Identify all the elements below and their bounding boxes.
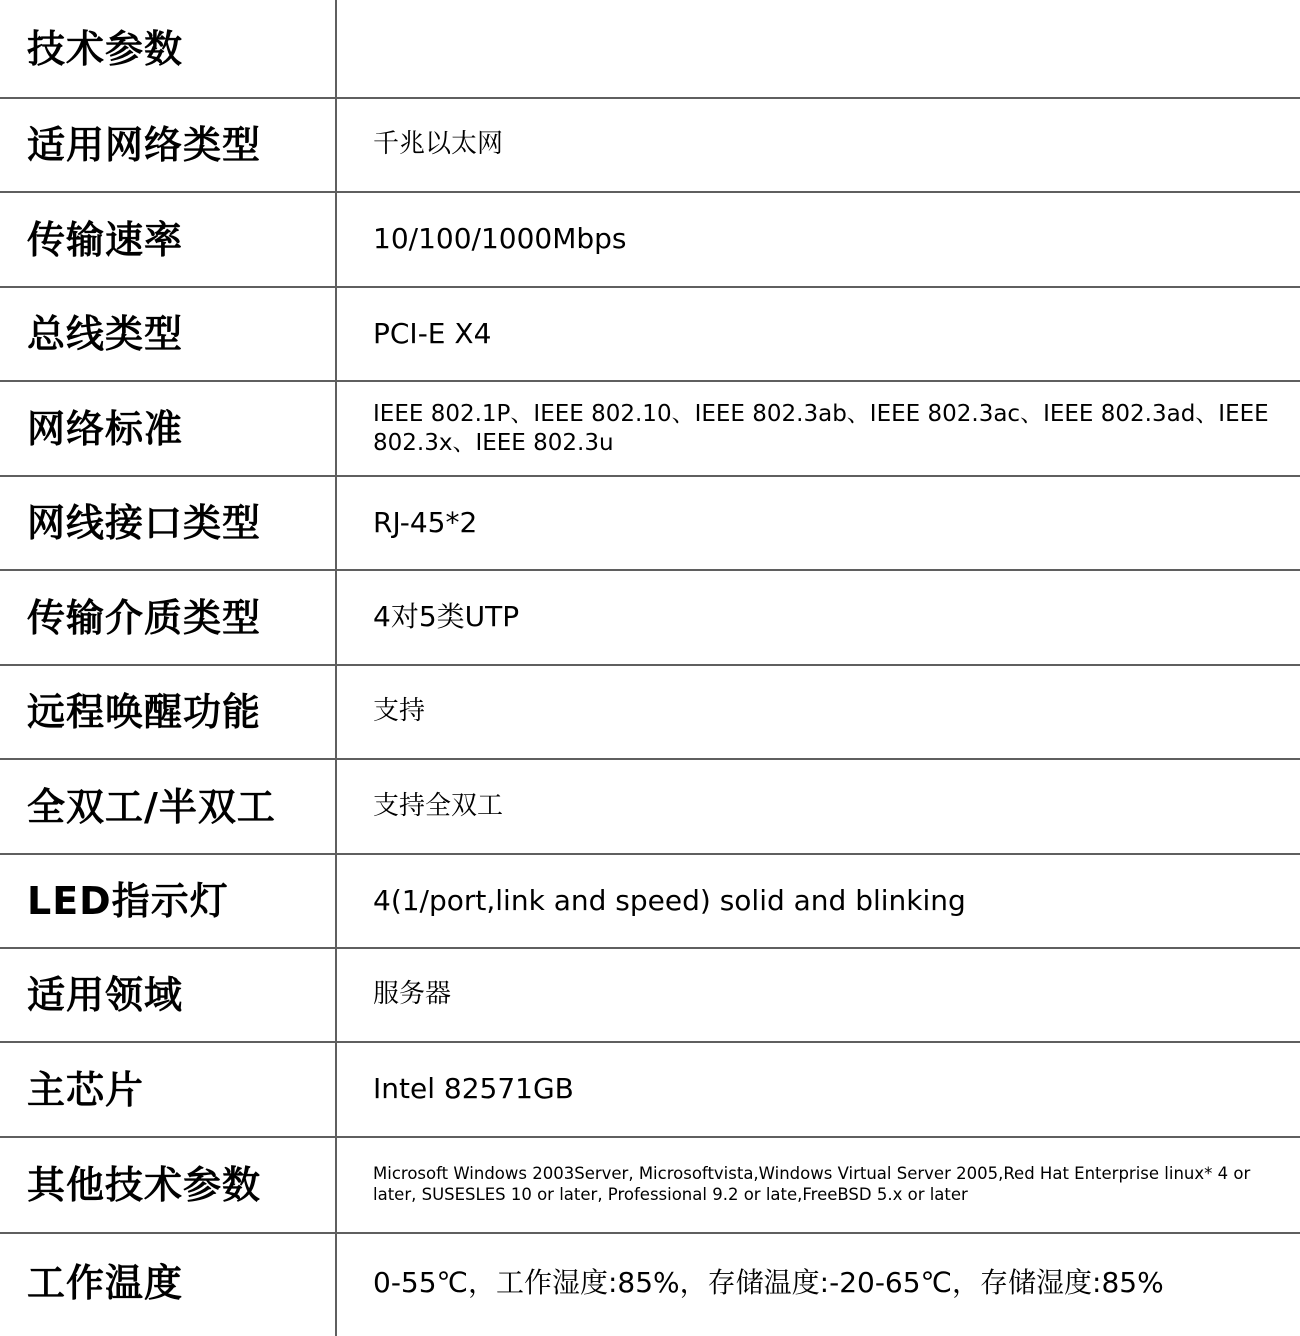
row-value: 支持 bbox=[373, 697, 425, 727]
table-row: 远程唤醒功能 支持 bbox=[0, 666, 1300, 758]
row-value: Intel 82571GB bbox=[373, 1073, 574, 1105]
table-row: 工作温度 0-55℃，工作湿度:85%，存储温度:-20-65℃，存储湿度:85… bbox=[0, 1234, 1300, 1332]
row-value-cell: Microsoft Windows 2003Server, Microsoftv… bbox=[337, 1138, 1300, 1232]
row-label: 网络标准 bbox=[27, 410, 183, 448]
row-value: Microsoft Windows 2003Server, Microsoftv… bbox=[373, 1164, 1286, 1205]
row-value-cell: 支持全双工 bbox=[337, 760, 1300, 853]
row-value-cell: 服务器 bbox=[337, 949, 1300, 1041]
row-value: IEEE 802.1P、IEEE 802.10、IEEE 802.3ab、IEE… bbox=[373, 400, 1286, 458]
row-value-cell: IEEE 802.1P、IEEE 802.10、IEEE 802.3ab、IEE… bbox=[337, 382, 1300, 475]
row-value-cell: 支持 bbox=[337, 666, 1300, 758]
table-row: 总线类型 PCI-E X4 bbox=[0, 288, 1300, 380]
row-value: 0-55℃，工作湿度:85%，存储温度:-20-65℃，存储湿度:85% bbox=[373, 1267, 1164, 1299]
row-label-cell: 适用领域 bbox=[0, 949, 335, 1041]
row-value: 4(1/port,link and speed) solid and blink… bbox=[373, 885, 966, 917]
header-label-cell: 技术参数 bbox=[0, 0, 335, 97]
row-label: 适用网络类型 bbox=[27, 126, 261, 164]
header-value-cell bbox=[337, 0, 1300, 97]
row-label-cell: 其他技术参数 bbox=[0, 1138, 335, 1232]
row-value: 服务器 bbox=[373, 980, 451, 1010]
row-label-cell: 传输介质类型 bbox=[0, 571, 335, 664]
row-value-cell: 10/100/1000Mbps bbox=[337, 193, 1300, 286]
header-label: 技术参数 bbox=[27, 30, 183, 68]
row-label-cell: 传输速率 bbox=[0, 193, 335, 286]
row-label-cell: 工作温度 bbox=[0, 1234, 335, 1332]
row-label: 总线类型 bbox=[27, 315, 183, 353]
row-label: 适用领域 bbox=[27, 976, 183, 1014]
row-label: 全双工/半双工 bbox=[27, 788, 276, 826]
row-value: PCI-E X4 bbox=[373, 318, 491, 350]
row-value-cell: 千兆以太网 bbox=[337, 99, 1300, 191]
row-value-cell: 4对5类UTP bbox=[337, 571, 1300, 664]
table-row: 网络标准 IEEE 802.1P、IEEE 802.10、IEEE 802.3a… bbox=[0, 382, 1300, 475]
row-value: 支持全双工 bbox=[373, 792, 503, 822]
row-label: 远程唤醒功能 bbox=[27, 693, 261, 731]
table-row: 全双工/半双工 支持全双工 bbox=[0, 760, 1300, 853]
row-value-cell: RJ-45*2 bbox=[337, 477, 1300, 569]
row-label-cell: 网线接口类型 bbox=[0, 477, 335, 569]
table-row: 传输速率 10/100/1000Mbps bbox=[0, 193, 1300, 286]
row-label: 网线接口类型 bbox=[27, 504, 261, 542]
row-value-cell: PCI-E X4 bbox=[337, 288, 1300, 380]
row-label: LED指示灯 bbox=[27, 882, 229, 920]
row-value: 10/100/1000Mbps bbox=[373, 223, 627, 255]
table-row: LED指示灯 4(1/port,link and speed) solid an… bbox=[0, 855, 1300, 947]
table-row: 其他技术参数 Microsoft Windows 2003Server, Mic… bbox=[0, 1138, 1300, 1232]
row-label: 其他技术参数 bbox=[27, 1166, 261, 1204]
table-row: 传输介质类型 4对5类UTP bbox=[0, 571, 1300, 664]
row-label-cell: 主芯片 bbox=[0, 1043, 335, 1136]
table-header-row: 技术参数 bbox=[0, 0, 1300, 97]
row-label-cell: 全双工/半双工 bbox=[0, 760, 335, 853]
table-row: 主芯片 Intel 82571GB bbox=[0, 1043, 1300, 1136]
row-label: 传输速率 bbox=[27, 221, 183, 259]
row-label-cell: 网络标准 bbox=[0, 382, 335, 475]
row-label: 工作温度 bbox=[27, 1264, 183, 1302]
table-row: 网线接口类型 RJ-45*2 bbox=[0, 477, 1300, 569]
row-value-cell: 4(1/port,link and speed) solid and blink… bbox=[337, 855, 1300, 947]
row-label-cell: 远程唤醒功能 bbox=[0, 666, 335, 758]
spec-table: 技术参数 适用网络类型 千兆以太网 传输速率 10/100/1000Mbps 总… bbox=[0, 0, 1300, 1336]
row-label-cell: 适用网络类型 bbox=[0, 99, 335, 191]
row-label-cell: 总线类型 bbox=[0, 288, 335, 380]
column-divider bbox=[335, 0, 337, 1336]
row-value-cell: Intel 82571GB bbox=[337, 1043, 1300, 1136]
row-value: RJ-45*2 bbox=[373, 507, 477, 539]
row-label: 传输介质类型 bbox=[27, 599, 261, 637]
table-row: 适用领域 服务器 bbox=[0, 949, 1300, 1041]
row-label-cell: LED指示灯 bbox=[0, 855, 335, 947]
row-value-cell: 0-55℃，工作湿度:85%，存储温度:-20-65℃，存储湿度:85% bbox=[337, 1234, 1300, 1332]
table-row: 适用网络类型 千兆以太网 bbox=[0, 99, 1300, 191]
row-value: 千兆以太网 bbox=[373, 130, 503, 160]
row-label: 主芯片 bbox=[27, 1071, 144, 1109]
row-value: 4对5类UTP bbox=[373, 601, 519, 633]
